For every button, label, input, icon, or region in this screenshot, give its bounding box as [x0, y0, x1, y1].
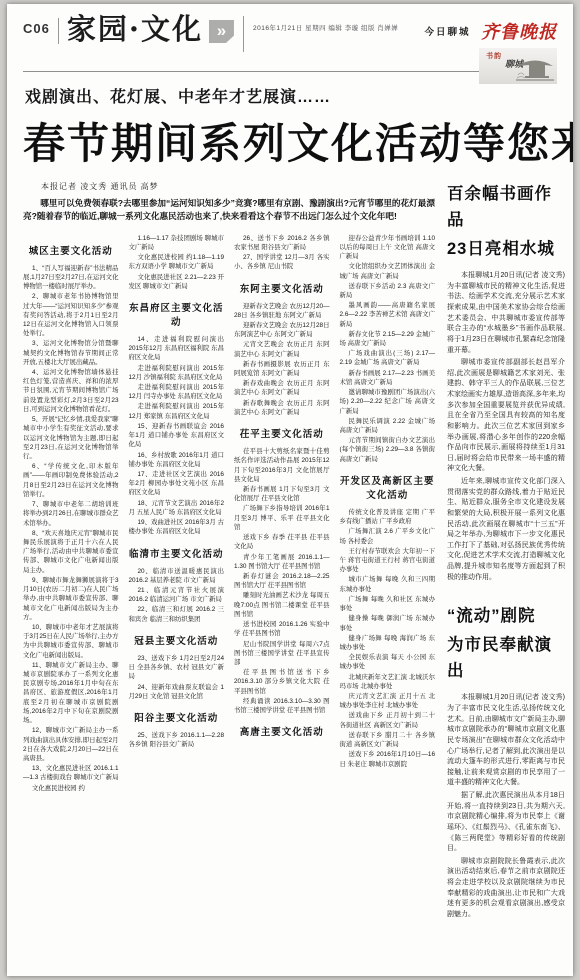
activity-item: 9、聊城市舞龙舞狮展演将于3月10日(农历二月初二)在人民广场举办,由中共聊城市…: [23, 576, 119, 622]
activity-item: 送戏曲下乡 正月初十到二十 各街道社区 高新区文广新局: [340, 711, 436, 729]
activity-item: 新春书画摄影展 农历正月 东阿展览馆 东阿文广新局: [234, 360, 330, 378]
masthead: 今日聊城 齐鲁晚报: [425, 18, 557, 44]
activity-item: 21、临清元宵节社火展演 2016.2 临清运河广场 市文广新局: [129, 586, 225, 604]
sidebar-article-2: “流动”剧院为市民奉献演出本报聊城1月20日讯(记者 凌文秀) 为了丰富市民文化…: [447, 603, 565, 920]
body-column-3: 26、送书下乡 2016.2 各乡镇农家书屋 阳谷县文广新局27、国学讲堂 12…: [234, 234, 330, 794]
activity-columns: 城区主要文化活动1、“百人写福迎新春”书法精品展,1月27日至2月27日,在运河…: [23, 234, 435, 794]
header-right: 今日聊城 齐鲁晚报 书韵 聊城: [425, 12, 557, 84]
activity-item: 走进福利院慰问演出 2015年12月 闫寺办事处 东昌府区文化局: [129, 383, 225, 401]
headline-kicker: 戏剧演出、花灯展、中老年才艺展演……: [25, 84, 557, 107]
body-column-1: 城区主要文化活动1、“百人写福迎新春”书法精品展,1月27日至2月27日,在运河…: [23, 234, 119, 794]
header-left: C06 家园·文化 » 2016年1月21日 星期四 编辑 李璇 组版 肖婵婵: [23, 12, 398, 52]
activity-item: 18、元宵节文艺演出 2016年2月 五星人民广场 东昌府区文化局: [129, 499, 225, 517]
activity-item: 3、运河文化博物馆分馆暨聊城契约文化博物馆春节期间正常开放,五楼北大厅展出藏品。: [23, 339, 119, 367]
section-heading: 茌平主要文化活动: [234, 426, 330, 440]
activity-item: 1、“百人写福迎新春”书法精品展,1月27日至2月27日,在运河文化博物馆一楼临…: [23, 264, 119, 292]
activity-item: 16、乡村放歌 2016年1月 道口铺办事处 东昌府区文化局: [129, 451, 225, 469]
activity-item: 广场舞 每晚 久和社区 东城办事处: [340, 595, 436, 613]
sidebar-paragraph: 聊城市委宣传部副部长赵昌军介绍,此次画展是聊城籍艺术家刘光、张建韵、韩守平三人的…: [447, 358, 565, 475]
body-column-4: 迎春公益青少年书画培训 1.10以后的每周日上午 文化馆 高唐文广新局文化馆组织…: [340, 234, 436, 794]
activity-item: 元宵节期间镇街自办文艺演出(每个镇街三场) 2.29—3.8 各镇街 高唐文广新…: [340, 436, 436, 464]
activity-item: 新春书画展 2.17—2.23 书画美术馆 高唐文广新局: [340, 369, 436, 387]
body-column-2: 1.16—1.17 杂技团剧场 聊城市文广新局文化惠民进校园 约1.18—1.1…: [129, 234, 225, 794]
activity-item: 7、聊城市中老年二胡培训班将举办到2月26日,在聊城市群众艺术馆举办。: [23, 500, 119, 528]
masthead-edition: 今日聊城: [425, 27, 471, 38]
page-content: 本报记者 凌文秀 通讯员 高梦 哪里可以免费领春联?去哪里参加“运河知识知多少”…: [23, 177, 557, 941]
masthead-brand: 齐鲁晚报: [481, 22, 557, 43]
date-editors-line: 2016年1月21日 星期四 编辑 李璇 组版 肖婵婵: [253, 23, 398, 32]
activity-item: 27、国学讲堂 12月—3月 各实小、各乡镇 尼山书院: [234, 253, 330, 271]
activity-item: 茌平县十大剪纸名家暨十佳剪纸名作评选活动作品展 2015年12月下旬至2016年…: [234, 447, 330, 484]
activity-item: 23、送戏下乡 1月2日至2月24日 全县各乡镇、农村 冠县文广新局: [129, 654, 225, 682]
activity-item: 尼山书院国学讲堂 每周六7点 图书馆三楼国学讲堂 茌平县宣传部: [234, 640, 330, 668]
section-heading: 冠县主要文化活动: [129, 633, 225, 647]
activity-item: 新春书画展 1月下旬至3月 文化馆展厅 茌平县文化馆: [234, 485, 330, 503]
activity-item: 24、迎新年戏曲票友联谊会 1月29日 文化馆 冠县文化馆: [129, 683, 225, 701]
activity-item: 1.16—1.17 杂技团剧场 聊城市文广新局: [129, 234, 225, 252]
activity-item: 15、迎新春书画联谊会 2016年1月 道口铺办事处 东昌府区文化局: [129, 422, 225, 450]
activity-item: 北城庆新年文艺汇演 北城沃尔玛市场 北城办事处: [340, 673, 436, 691]
section-heading: 开发区及高新区主要文化活动: [340, 473, 436, 501]
activity-item: 12、聊城市文广新局主办一系列戏曲演出具体安排,即日起至2月2日在各大戏院,2月…: [23, 726, 119, 763]
sidebar-article-title: 百余幅书画作品: [447, 181, 565, 234]
activity-item: 走进福利院慰问演出 2015年12月 沙镇福利院 东昌府区文化局: [129, 364, 225, 382]
activity-item: 邀请聊城市豫剧团广场演出(六场) 2.20—2.22 纪念广场 高唐文广新局: [340, 388, 436, 416]
activity-item: 26、送书下乡 2016.2 各乡镇农家书屋 阳谷县文广新局: [234, 234, 330, 252]
sidebar-article-1: 百余幅书画作品23日亮相水城本报聊城1月20日讯(记者 凌文秀) 为丰富聊城市民…: [447, 181, 565, 583]
activity-item: 6、“学传统文化,印木版年画”——年画印制免费体验活动,2月8日至2月23日在运…: [23, 462, 119, 499]
activity-item: 健身广场舞 每晚 海润广场 东城办事处: [340, 634, 436, 652]
activity-item: 广场戏曲演出(三场) 2.17—2.19 金城广场 高唐文广新局: [340, 349, 436, 367]
activity-item: 25、送戏下乡 2016.1.1—2.28 各乡镇 阳谷县文广新局: [129, 731, 225, 749]
activity-item: 文化馆组织办文艺团体演出 金城广场 高唐文广新局: [340, 262, 436, 280]
activity-item: 庆元宵文艺汇演 正月十五 北城办事处李庄村 北城办事处: [340, 692, 436, 710]
page-header: C06 家园·文化 » 2016年1月21日 星期四 编辑 李璇 组版 肖婵婵 …: [23, 12, 557, 68]
section-heading: 阳谷主要文化活动: [129, 710, 225, 724]
section-heading: 东阿主要文化活动: [234, 281, 330, 295]
activity-item: 送春联下乡活动 2.3 高唐文广新局: [340, 282, 436, 300]
sidebar-articles: 百余幅书画作品23日亮相水城本报聊城1月20日讯(记者 凌文秀) 为丰富聊城市民…: [447, 177, 565, 941]
section-heading: 临清市主要文化活动: [129, 546, 225, 560]
activity-item: 4、运河文化博物馆墙体悬挂红色灯笼,营造喜庆、祥和的浓厚节日氛围,元宵节期间博物…: [23, 368, 119, 414]
pavilion-icon: [514, 53, 556, 83]
sidebar-article-body: 本报聊城1月20日讯(记者 凌文秀) 为了丰富市民文化生活,弘扬传统文化艺术。日…: [447, 693, 565, 920]
activity-item: 青少年工笔画展 2016.1.1—1.30 图书馆大厅 茌平县图书馆: [234, 553, 330, 571]
activity-item: 墨风画韵——高唐籍名家展 2.6—2.22 李苦禅艺术馆 高唐文广新局: [340, 301, 436, 329]
activity-item: 迎新春文艺晚会 农历12月20—28日 各乡镇驻地 东阿文广新局: [234, 302, 330, 320]
activity-item: 新春戏曲晚会 农历正月 东阿演艺中心 东阿文广新局: [234, 379, 330, 397]
sidebar-paragraph: 本报聊城1月20日讯(记者 凌文秀) 为丰富聊城市民的精神文化生活,促进书法、绘…: [447, 271, 565, 356]
page-code: C06: [23, 21, 50, 36]
activity-item: 14、走进福利院慰问演出 2015年12月 东昌府区福利院 东昌府区文化局: [129, 335, 225, 363]
activity-item: 文化惠民进校园 约1.18—1.19 东方双语小学 聊城市文广新局: [129, 253, 225, 271]
activity-item: 22、临清三和灯展 2016.2 三和宾舍 临清三和纺织集团: [129, 605, 225, 623]
activity-item: 20、临清市送温暖惠民演出 2016.2 基层养老院 市文广新局: [129, 567, 225, 585]
activity-item: 送戏下乡 2016年1月10日—16日 朱老庄 聊城市京剧院: [340, 750, 436, 768]
sidebar-paragraph: 近年来,聊城市宣传文化部门深入贯彻落实党的群众路线,着力于贴近民生、贴近群众,服…: [447, 477, 565, 583]
main-article-area: 本报记者 凌文秀 通讯员 高梦 哪里可以免费领春联?去哪里参加“运河知识知多少”…: [23, 177, 435, 794]
sidebar-article-body: 本报聊城1月20日讯(记者 凌文秀) 为丰富聊城市民的精神文化生活,促进书法、绘…: [447, 271, 565, 583]
activity-item: 元宵文艺晚会 农历正月 东阿演艺中心 东阿文广新局: [234, 340, 330, 358]
activity-item: 2、聊城市老年书协博物馆里过大年——“运河知识知多少”参观有奖问答活动,将于2月…: [23, 292, 119, 338]
activity-item: 迎新春文艺晚会 农历12月28日 东阿演艺中心 东阿文广新局: [234, 321, 330, 339]
activity-item: 新春灯谜会 2016.2.18—2.25 图书馆大厅 茌平县图书馆: [234, 572, 330, 590]
sidebar-article-title: 23日亮相水城: [447, 236, 565, 262]
activity-item: 茌平县图书馆送书下乡 2016.3.10 部分乡镇文化大院 茌平县图书馆: [234, 668, 330, 696]
activity-item: 送春联下乡 腊月二十 各乡镇街道 高新区文广新局: [340, 731, 436, 749]
activity-item: 17、走进社区文艺演出 2016年2月 柳园办事处文苑小区 东昌府区文化局: [129, 470, 225, 498]
activity-item: 王行村春节联欢会 大年初一下午 蒋官屯街道王行村 蒋官屯街道办事处: [340, 547, 436, 575]
sidebar-paragraph: 聊城市京剧院院长鲁霞表示,此次演出活动结束后,春节之前市京剧院还将会走进学校以及…: [447, 857, 565, 921]
activity-item: 民舞民乐调演 2.22 金城广场 高唐文广新局: [340, 417, 436, 435]
activity-item: 13、文化惠民进社区 2016.1.1—1.3 古楼街戏台 聊城市文广新局: [23, 764, 119, 782]
ink-painting-stamp: 书韵 聊城: [479, 48, 557, 84]
sidebar-paragraph: 据了解,此次惠民演出从本月18日开始,将一直持续到23日,共为期六天,市京剧院精…: [447, 791, 565, 855]
activity-item: 11、聊城市文广新局主办、聊城市京剧院承办了一系列文化惠民京剧专场,2016年1…: [23, 661, 119, 726]
header-divider: [58, 18, 59, 44]
activity-item: 经典诵读 2016.3.10—3.30 图书馆三楼国学讲堂 茌平县图书馆: [234, 697, 330, 715]
activity-item: 雕刻时光油画艺术沙龙 每周五晚7:00点 图书馆二楼课堂 茌平县图书馆: [234, 591, 330, 619]
activity-item: 10、聊城市中老年才艺展演将于3月25日在人民广场举行,主办方为中共聊城市委宣传…: [23, 623, 119, 660]
activity-item: 5、开展“记忆乡情,我爱我家”聊城市中小学生有奖征文活动,要求以运河文化博物馆为…: [23, 415, 119, 461]
activity-item: 广场舞下乡指导培训 2016年1月至3月 博平、乐平 茌平县文化馆: [234, 504, 330, 532]
activity-item: 走进福利院慰问演出 2015年12月 郑家镇 东昌府区文化局: [129, 402, 225, 420]
activity-item: 文化惠民进社区 2.21—2.23 开发区 聊城市文广新局: [129, 273, 225, 291]
activity-item: 城市广场舞 每晚 久和三四期 东城办事处: [340, 575, 436, 593]
sidebar-article-title: “流动”剧院: [447, 603, 565, 629]
activity-item: 新春文化节 2.15—2.29 金城广场 高唐文广新局: [340, 330, 436, 348]
sidebar-article-title: 为市民奉献演出: [447, 632, 565, 685]
lead-paragraph: 哪里可以免费领春联?去哪里参加“运河知识知多少”竞赛?哪里有京剧、豫剧演出?元宵…: [23, 197, 435, 224]
activity-item: 全民娱乐表演 每天 小公园 东城办事处: [340, 653, 436, 671]
activity-item: 8、“欢天喜地庆元宵”聊城市民舞民乐展演将于正月十六在人民广场举行,活动由中共聊…: [23, 529, 119, 575]
activity-item: 广场舞汇演 2.6 广平乡文化广场 各村委会: [340, 527, 436, 545]
activity-item: 健身操 每晚 御润广场 东城办事处: [340, 614, 436, 632]
activity-item: 19、戏曲进社区 2016年3月 古楼办事处 东昌府区文化局: [129, 518, 225, 536]
activity-item: 送书进校园 2016.1.26 实验中学 茌平县图书馆: [234, 620, 330, 638]
section-heading: 城区主要文化活动: [23, 243, 119, 257]
main-headline: 春节期间系列文化活动等您来: [23, 111, 557, 171]
section-title: 家园·文化: [67, 14, 203, 46]
sidebar-paragraph: 本报聊城1月20日讯(记者 凌文秀) 为了丰富市民文化生活,弘扬传统文化艺术。日…: [447, 693, 565, 789]
activity-item: 传统文化普及讲座 定期 广平乡有线广播站 广平乡政府: [340, 508, 436, 526]
activity-item: 文化惠民进校园 约: [23, 784, 119, 793]
activity-item: 送戏下乡 春季 茌平县 茌平县文化局: [234, 533, 330, 551]
stamp-red-text: 书韵: [486, 51, 502, 61]
chevron-right-icon: »: [209, 20, 234, 43]
byline: 本报记者 凌文秀 通讯员 高梦: [23, 181, 435, 192]
section-heading: 东昌府区主要文化活动: [129, 300, 225, 328]
newspaper-page: C06 家园·文化 » 2016年1月21日 星期四 编辑 李璇 组版 肖婵婵 …: [7, 4, 573, 976]
header-divider: [243, 16, 244, 52]
section-heading: 高唐主要文化活动: [234, 724, 330, 738]
activity-item: 迎春公益青少年书画培训 1.10以后的每周日上午 文化馆 高唐文广新局: [340, 234, 436, 262]
activity-item: 新春歌舞晚会 农历正月 东阿演艺中心 东阿文广新局: [234, 399, 330, 417]
